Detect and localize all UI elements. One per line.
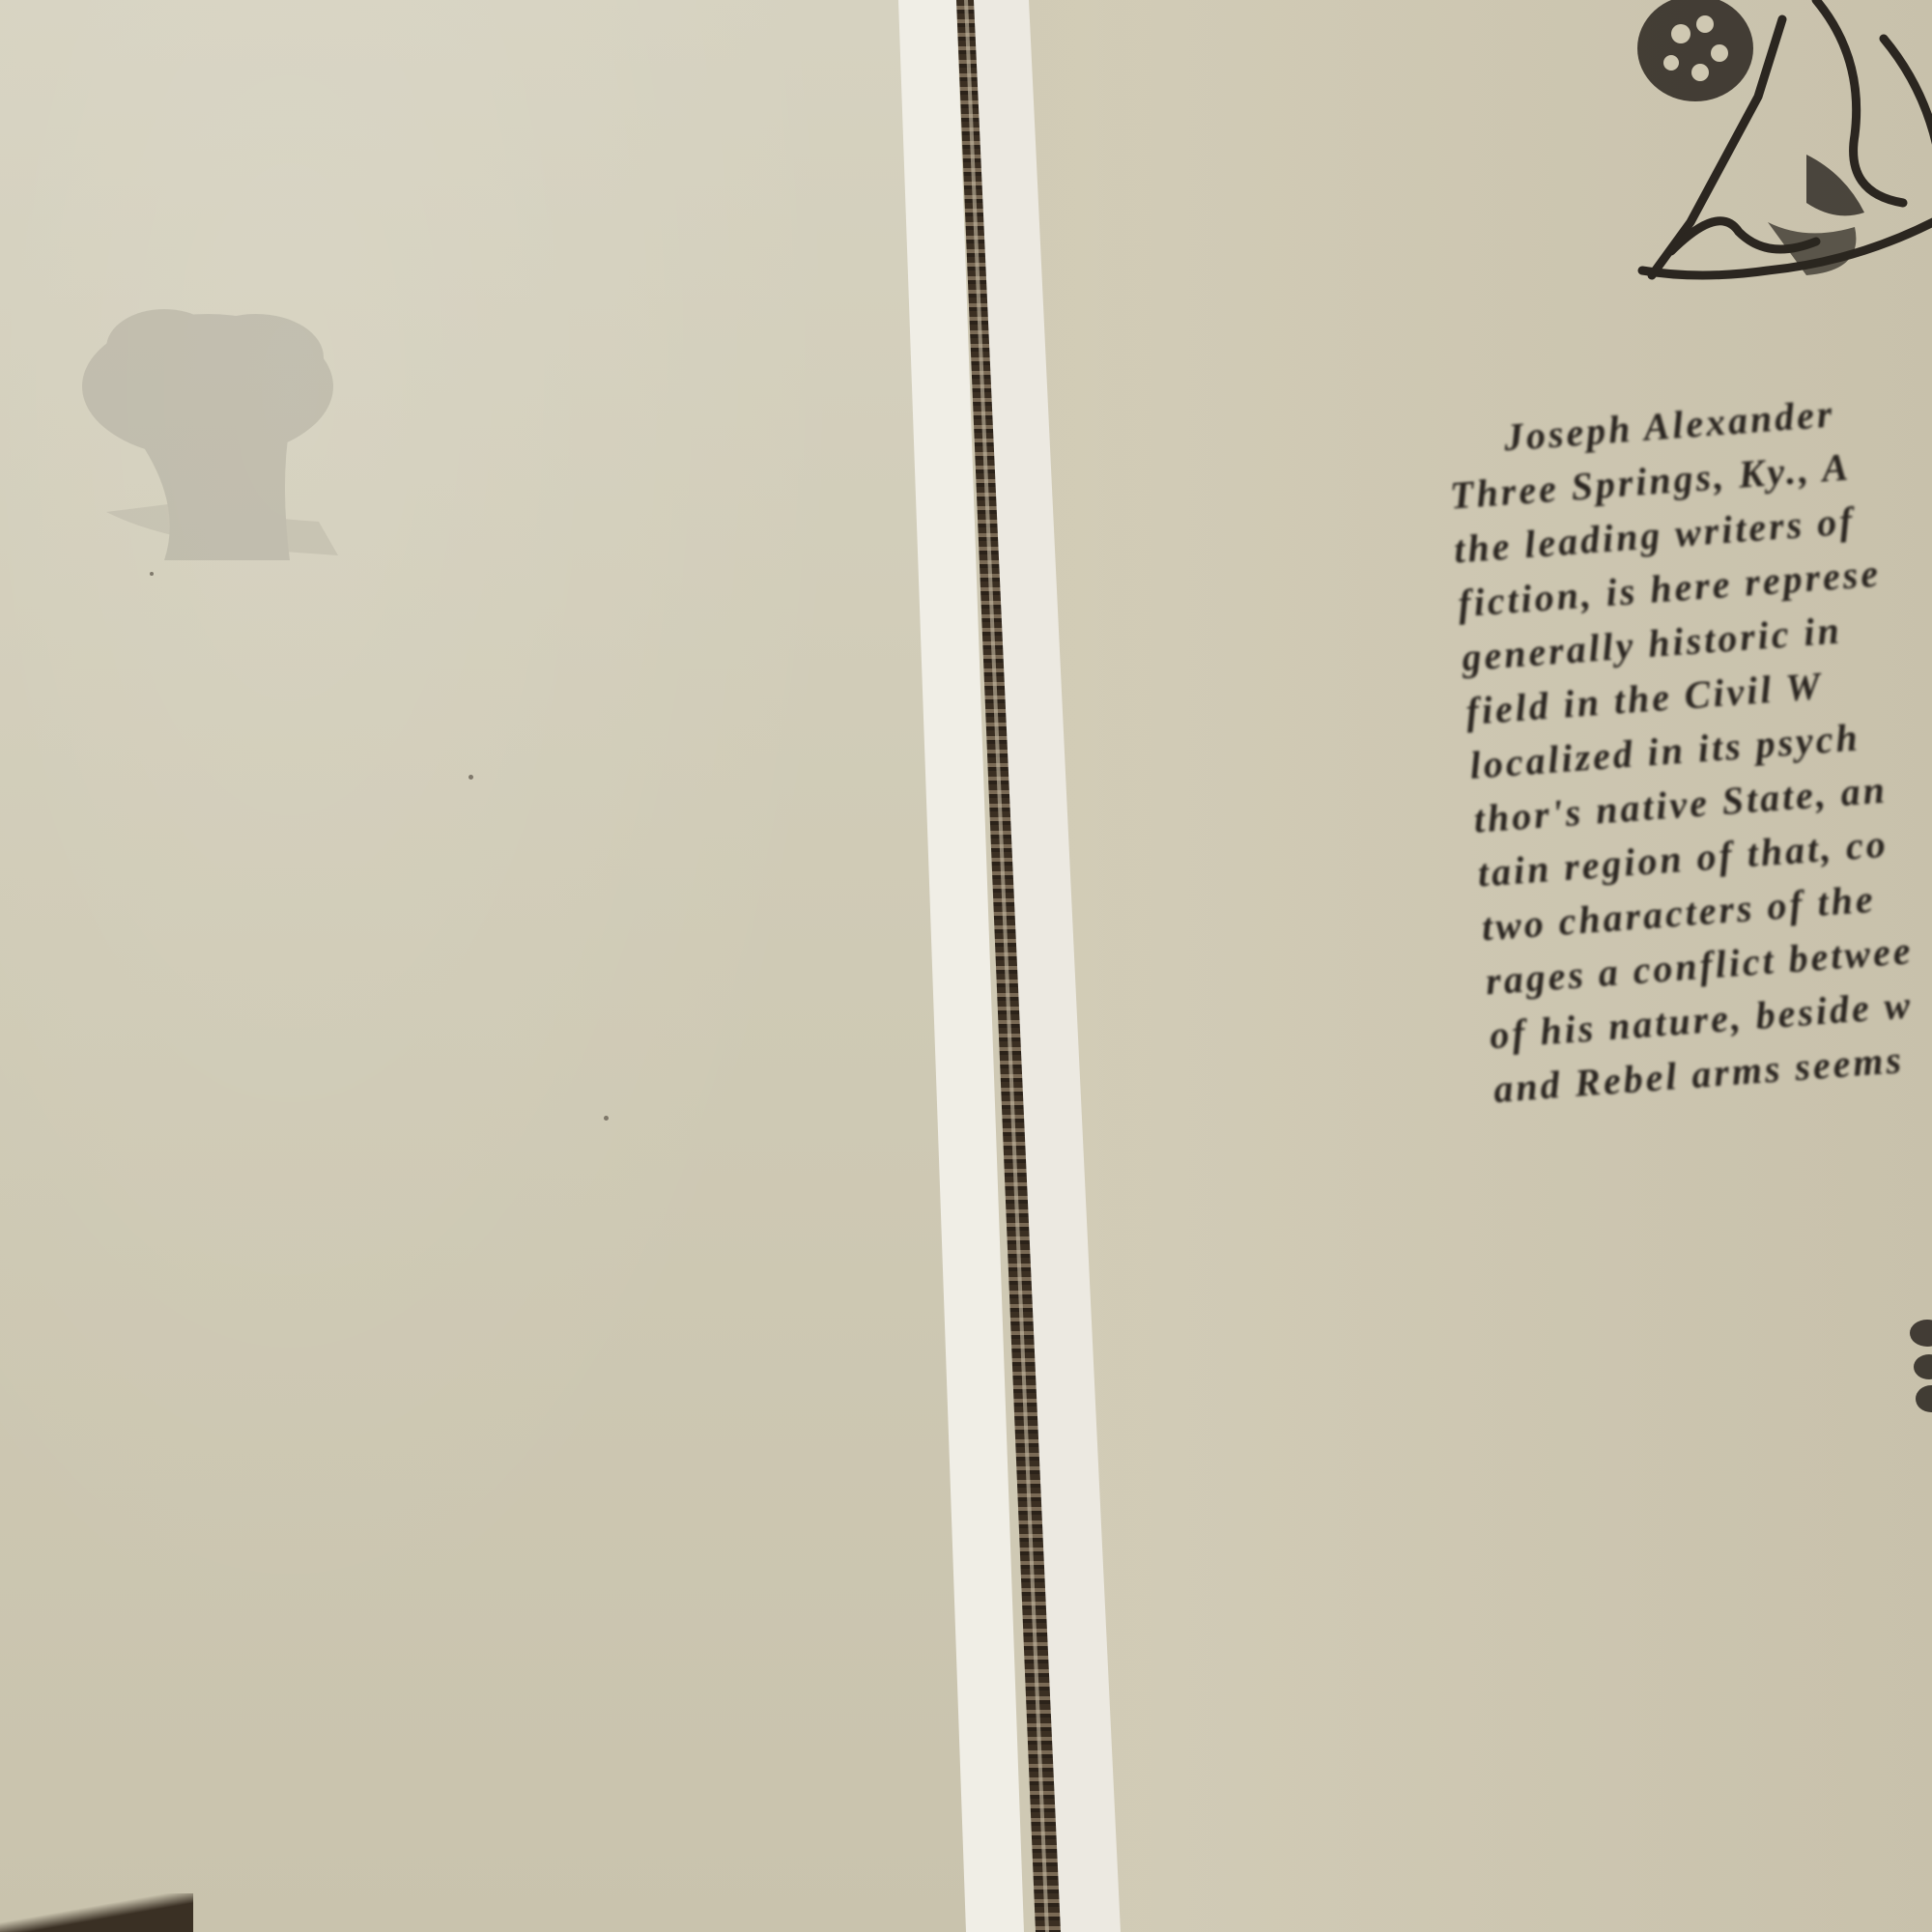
biography-text-block: Joseph Alexander Three Springs, Ky., A t… — [1444, 366, 1932, 1117]
engraved-vignette-illustration — [1613, 0, 1932, 309]
table-edge-shadow — [0, 1893, 193, 1932]
left-page — [0, 0, 966, 1932]
printer-ornament-icon — [1898, 1314, 1932, 1420]
paper-speck — [469, 775, 473, 780]
paper-speck — [604, 1116, 609, 1121]
open-book-photo: Joseph Alexander Three Springs, Ky., A t… — [0, 0, 1932, 1932]
paper-speck — [150, 572, 154, 576]
ghost-portrait-offset — [48, 280, 367, 570]
